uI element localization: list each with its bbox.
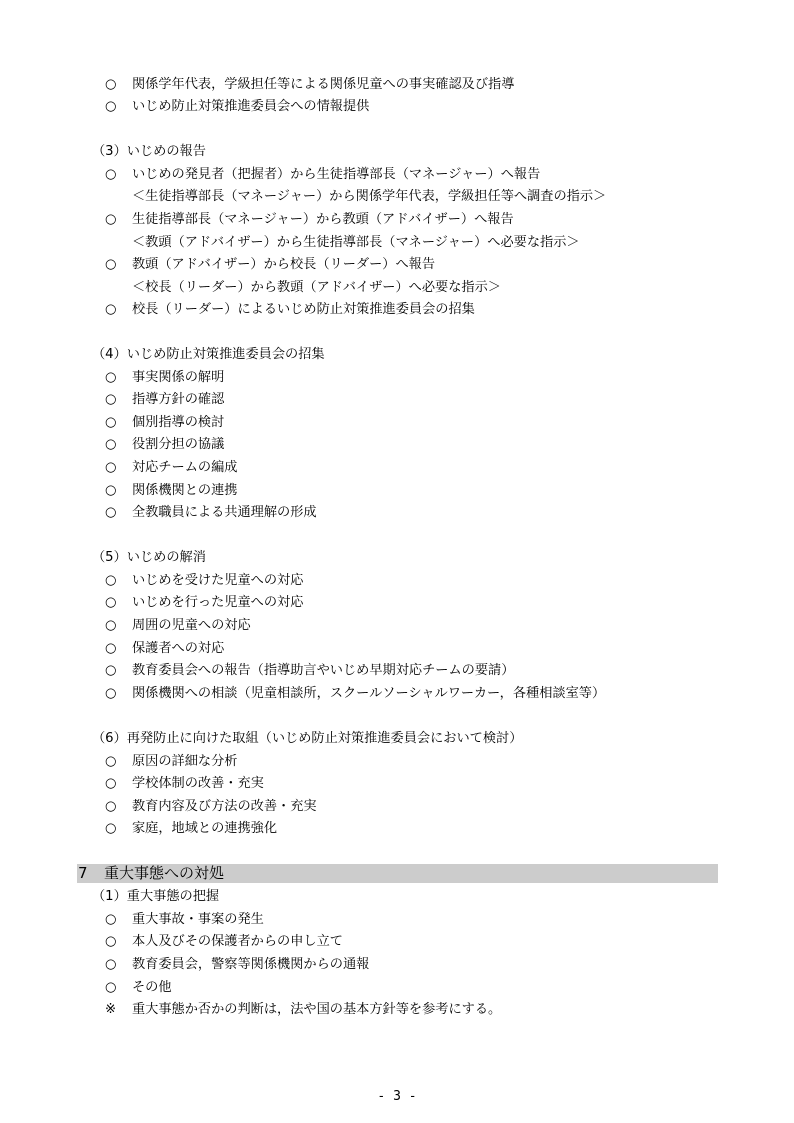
circle-bullet-icon: ○ bbox=[105, 302, 117, 318]
circle-bullet-icon: ○ bbox=[105, 77, 117, 93]
circle-bullet-icon: ○ bbox=[105, 821, 117, 837]
item-text: 重大事態か否かの判断は，法や国の基本方針等を参考にする。 bbox=[132, 1002, 501, 1018]
circle-bullet-icon: ○ bbox=[105, 934, 117, 950]
circle-bullet-icon: ○ bbox=[105, 437, 117, 453]
circle-bullet-icon: ○ bbox=[105, 686, 117, 702]
item-text: 指導方針の確認 bbox=[132, 392, 224, 408]
item-text: 原因の詳細な分析 bbox=[132, 754, 238, 770]
note-text: ＜校長（リーダー）から教頭（アドバイザー）へ必要な指示＞ bbox=[132, 280, 501, 296]
item-text: 関係機関との連携 bbox=[132, 483, 238, 499]
item-text: 教育委員会への報告（指導助言やいじめ早期対応チームの要請） bbox=[132, 663, 514, 679]
item-text: 関係機関への相談（児童相談所，スクールソーシャルワーカー，各種相談室等） bbox=[132, 686, 605, 702]
document-page: ○ 関係学年代表，学級担任等による関係児童への事実確認及び指導 ○ いじめ防止対… bbox=[0, 0, 794, 1123]
circle-bullet-icon: ○ bbox=[105, 99, 117, 115]
item-text: その他 bbox=[132, 980, 172, 996]
circle-bullet-icon: ○ bbox=[105, 392, 117, 408]
item-text: 対応チームの編成 bbox=[132, 460, 238, 476]
heading-text: （4）いじめ防止対策推進委員会の招集 bbox=[92, 347, 325, 363]
reference-mark-icon: ※ bbox=[105, 1002, 116, 1018]
item-text: 家庭，地域との連携強化 bbox=[132, 821, 277, 837]
circle-bullet-icon: ○ bbox=[105, 483, 117, 499]
item-text: 生徒指導部長（マネージャー）から教頭（アドバイザー）へ報告 bbox=[132, 212, 514, 228]
item-text: 学校体制の改善・充実 bbox=[132, 776, 264, 792]
circle-bullet-icon: ○ bbox=[105, 370, 117, 386]
section-number: 7 bbox=[78, 864, 104, 883]
circle-bullet-icon: ○ bbox=[105, 618, 117, 634]
item-text: いじめの発見者（把握者）から生徒指導部長（マネージャー）へ報告 bbox=[132, 167, 540, 183]
item-text: 保護者への対応 bbox=[132, 641, 224, 657]
item-text: 関係学年代表，学級担任等による関係児童への事実確認及び指導 bbox=[132, 77, 514, 93]
circle-bullet-icon: ○ bbox=[105, 460, 117, 476]
circle-bullet-icon: ○ bbox=[105, 799, 117, 815]
circle-bullet-icon: ○ bbox=[105, 754, 117, 770]
item-text: いじめを受けた児童への対応 bbox=[132, 573, 303, 589]
item-text: 役割分担の協議 bbox=[132, 437, 224, 453]
note-text: ＜教頭（アドバイザー）から生徒指導部長（マネージャー）へ必要な指示＞ bbox=[132, 235, 580, 251]
section-heading: 7重大事態への対処 bbox=[78, 864, 224, 883]
circle-bullet-icon: ○ bbox=[105, 776, 117, 792]
page-number: - 3 - bbox=[0, 1089, 794, 1105]
item-text: 教育委員会，警察等関係機関からの通報 bbox=[132, 957, 369, 973]
item-text: いじめ防止対策推進委員会への情報提供 bbox=[132, 99, 369, 115]
circle-bullet-icon: ○ bbox=[105, 167, 117, 183]
item-text: 事実関係の解明 bbox=[132, 370, 224, 386]
section-title-text: 重大事態への対処 bbox=[104, 864, 224, 882]
circle-bullet-icon: ○ bbox=[105, 980, 117, 996]
circle-bullet-icon: ○ bbox=[105, 641, 117, 657]
item-text: 周囲の児童への対応 bbox=[132, 618, 251, 634]
circle-bullet-icon: ○ bbox=[105, 415, 117, 431]
heading-text: （1）重大事態の把握 bbox=[92, 889, 219, 905]
item-text: 教育内容及び方法の改善・充実 bbox=[132, 799, 317, 815]
item-text: 校長（リーダー）によるいじめ防止対策推進委員会の招集 bbox=[132, 302, 475, 318]
heading-text: （3）いじめの報告 bbox=[92, 144, 206, 160]
item-text: 重大事故・事案の発生 bbox=[132, 912, 264, 928]
item-text: 個別指導の検討 bbox=[132, 415, 224, 431]
circle-bullet-icon: ○ bbox=[105, 573, 117, 589]
circle-bullet-icon: ○ bbox=[105, 595, 117, 611]
heading-text: （6）再発防止に向けた取組（いじめ防止対策推進委員会において検討） bbox=[92, 731, 522, 747]
circle-bullet-icon: ○ bbox=[105, 212, 117, 228]
circle-bullet-icon: ○ bbox=[105, 912, 117, 928]
item-text: 全教職員による共通理解の形成 bbox=[132, 505, 317, 521]
heading-text: （5）いじめの解消 bbox=[92, 550, 206, 566]
circle-bullet-icon: ○ bbox=[105, 257, 117, 273]
item-text: 本人及びその保護者からの申し立て bbox=[132, 934, 343, 950]
circle-bullet-icon: ○ bbox=[105, 505, 117, 521]
item-text: いじめを行った児童への対応 bbox=[132, 595, 303, 611]
circle-bullet-icon: ○ bbox=[105, 663, 117, 679]
item-text: 教頭（アドバイザー）から校長（リーダー）へ報告 bbox=[132, 257, 435, 273]
note-text: ＜生徒指導部長（マネージャー）から関係学年代表，学級担任等へ調査の指示＞ bbox=[132, 189, 606, 205]
circle-bullet-icon: ○ bbox=[105, 957, 117, 973]
